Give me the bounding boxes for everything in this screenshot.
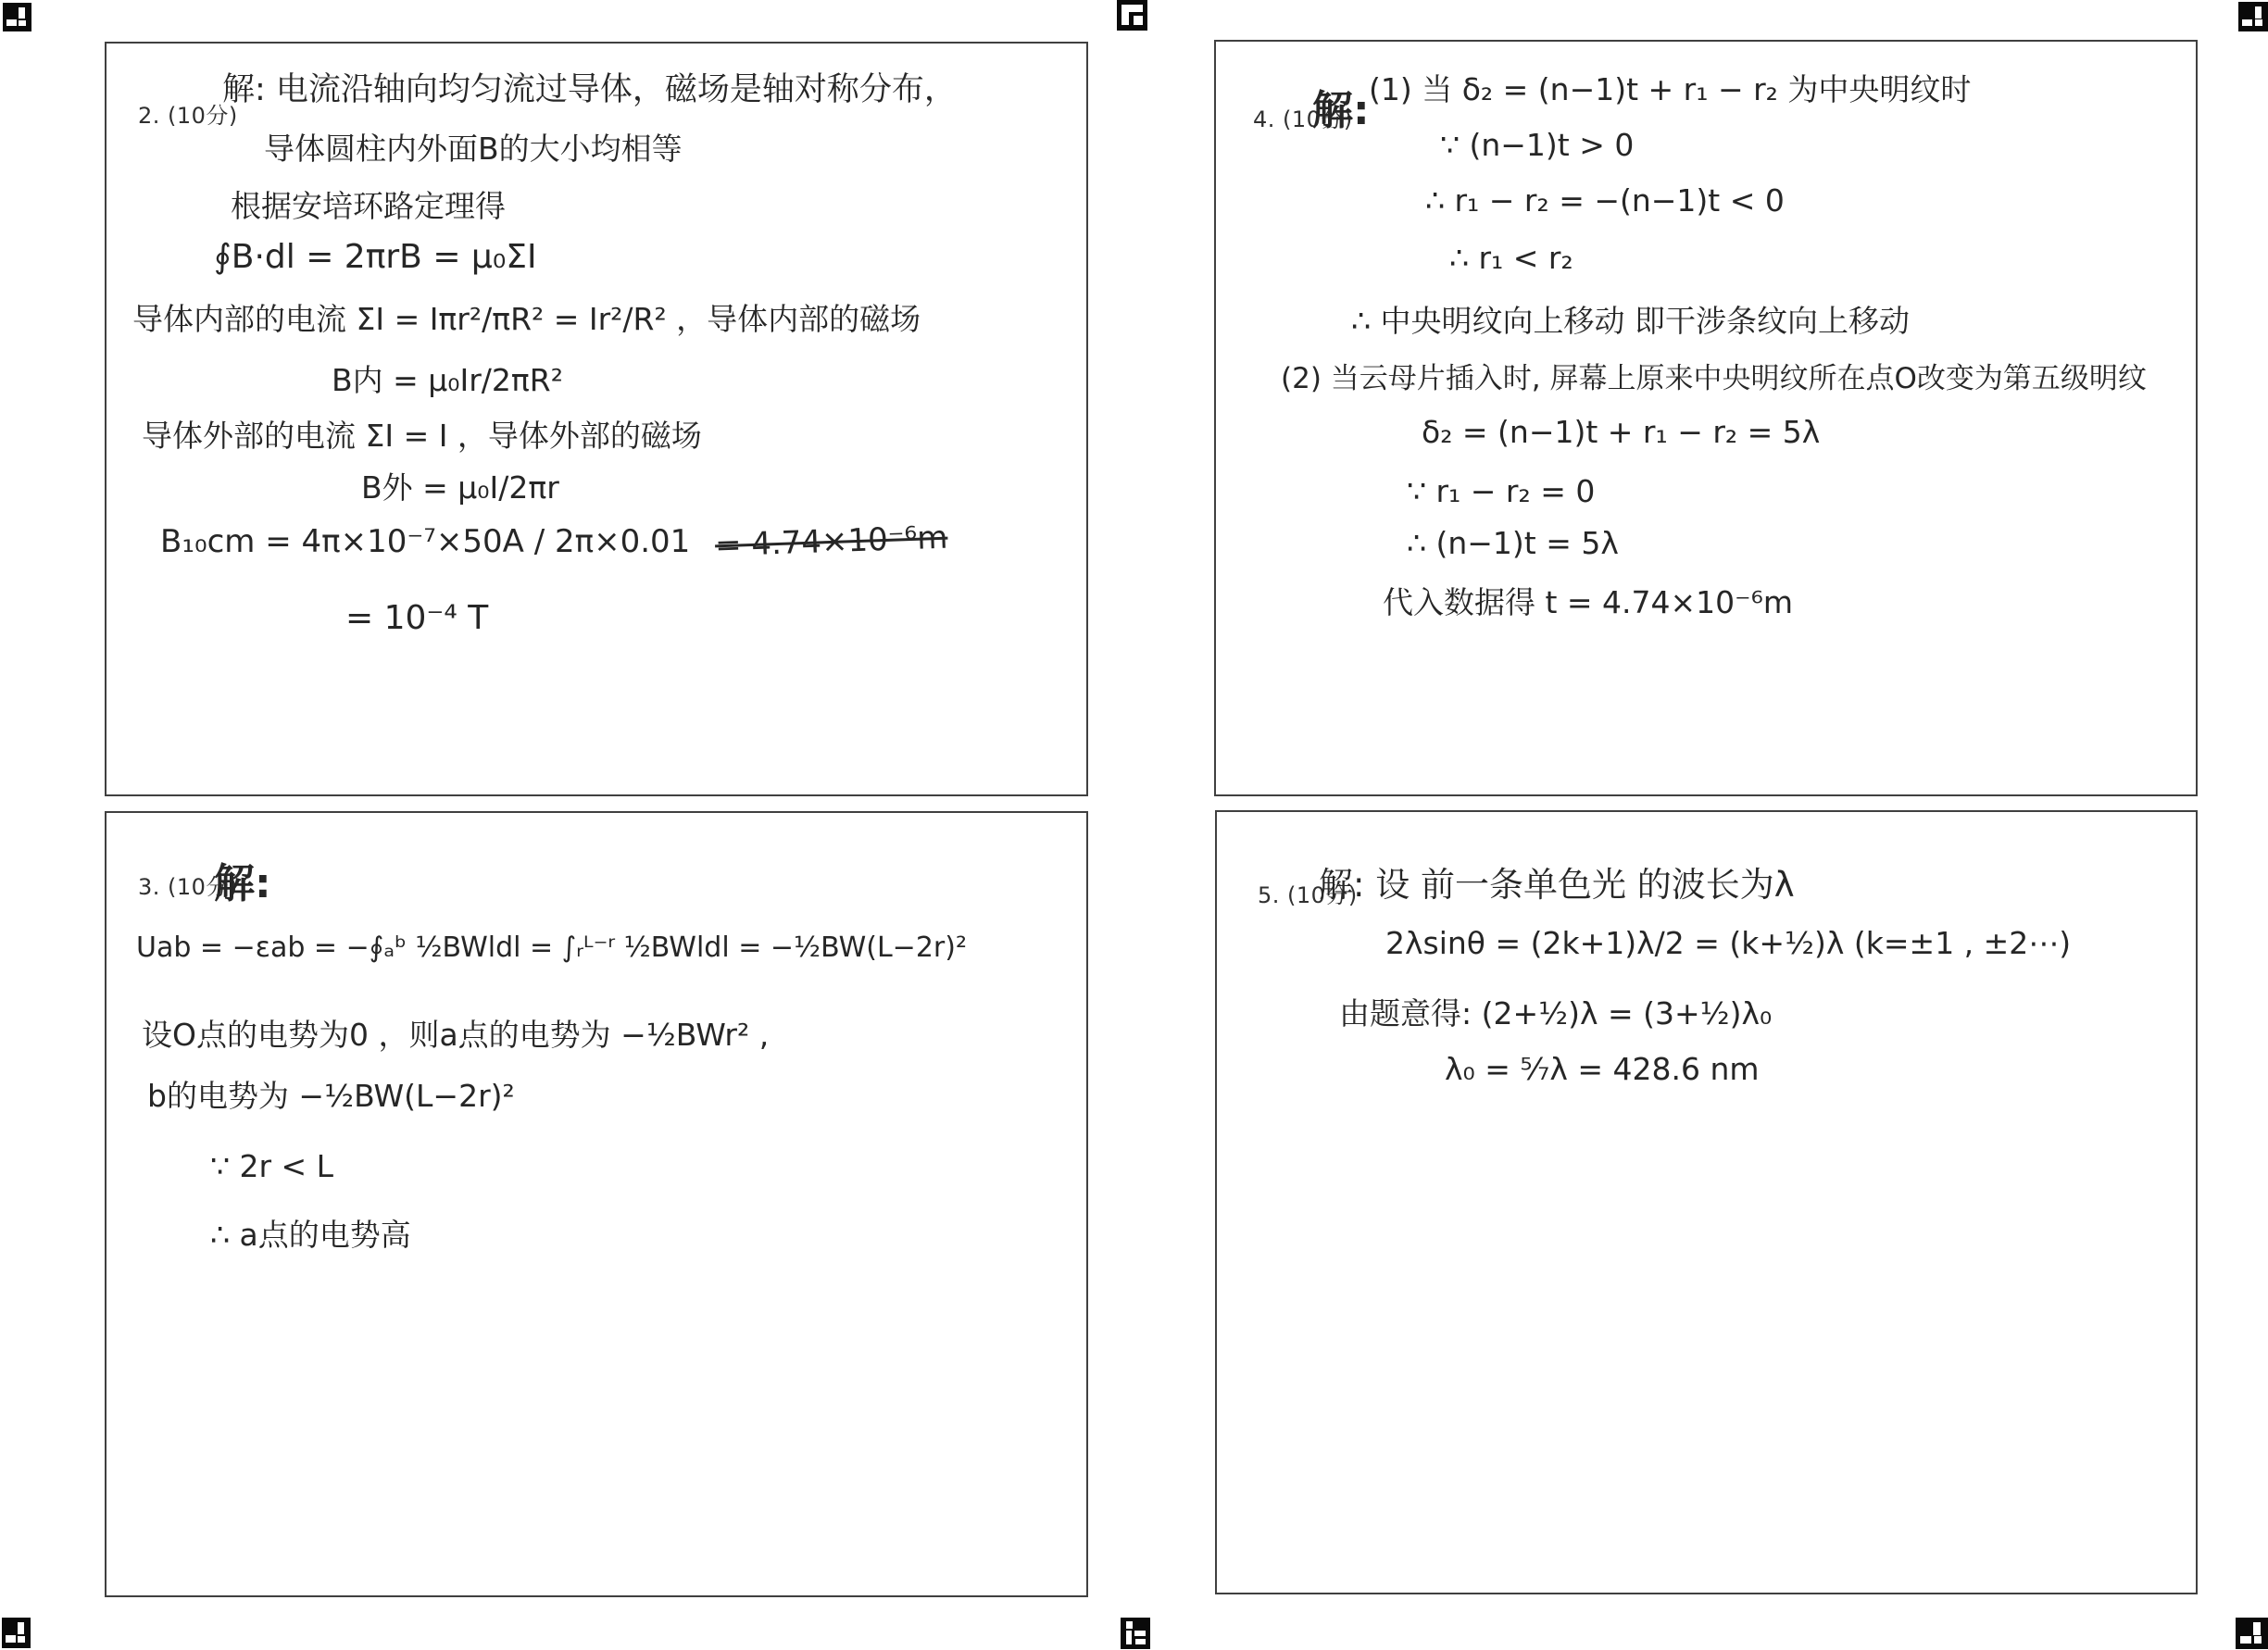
- fiducial-marker-bottom-middle: [1121, 1618, 1150, 1649]
- solution-line: B内 = μ₀Ir/2πR²: [332, 356, 563, 400]
- solution-line: ∴ (n−1)t = 5λ: [1407, 525, 1619, 561]
- marker-cell: [2240, 1636, 2251, 1644]
- solution-line: = 10⁻⁴ T: [345, 599, 488, 637]
- marker-cell: [2255, 19, 2262, 26]
- marker-cell: [1126, 1621, 1132, 1628]
- solution-line: B₁₀cm = 4π×10⁻⁷×50A / 2π×0.01 = 4.74×10⁻…: [160, 523, 948, 560]
- solution-line: b的电势为 −½BW(L−2r)²: [147, 1072, 515, 1116]
- solution-line: ∵ 2r < L: [210, 1148, 333, 1184]
- solution-line: ∵ (n−1)t > 0: [1440, 127, 1634, 163]
- solution-line: ∴ r₁ − r₂ = −(n−1)t < 0: [1425, 182, 1785, 219]
- fiducial-marker-bottom-left: [2, 1618, 31, 1648]
- marker-cell: [2254, 1636, 2262, 1643]
- marker-cell: [1134, 16, 1143, 25]
- marker-cell: [1134, 1631, 1146, 1636]
- solution-line: 由题意得: (2+½)λ = (3+½)λ₀: [1339, 990, 1772, 1033]
- solution-line: 根据安培环路定理得: [231, 182, 506, 226]
- solution-line: λ₀ = ⁵⁄₇λ = 428.6 nm: [1445, 1051, 1760, 1087]
- solution-line: (2) 当云母片插入时, 屏幕上原来中央明纹所在点O改变为第五级明纹: [1281, 355, 2147, 396]
- solution-line: ∴ r₁ < r₂: [1449, 240, 1573, 276]
- marker-cell: [18, 1622, 24, 1634]
- fiducial-marker-top-middle: [1117, 0, 1147, 31]
- crossed-out-value: = 4.74×10⁻⁶m: [715, 519, 949, 565]
- marker-cell: [1121, 5, 1128, 25]
- answer-box-problem-5: 5. (10分) 解: 设 前一条单色光 的波长为λ 2λsinθ = (2k+…: [1215, 810, 2198, 1594]
- solution-line: B外 = μ₀I/2πr: [361, 464, 559, 507]
- answer-box-problem-2: 2. (10分) 解: 电流沿轴向均匀流过导体，磁场是轴对称分布， 导体圆柱内外…: [105, 42, 1088, 796]
- solution-line: 设O点的电势为0 ，则a点的电势为 −½BWr² ,: [142, 1011, 769, 1055]
- fiducial-marker-bottom-right: [2236, 1618, 2268, 1649]
- solution-line: 导体内部的电流 ΣI = Iπr²/πR² = Ir²/R² ，导体内部的磁场: [132, 295, 921, 339]
- solution-line: ∴ 中央明纹向上移动 即干涉条纹向上移动: [1351, 297, 1910, 341]
- marker-cell: [2255, 6, 2262, 19]
- marker-cell: [19, 20, 25, 27]
- solution-line: δ₂ = (n−1)t + r₁ − r₂ = 5λ: [1422, 414, 1820, 450]
- solution-line: ∵ r₁ − r₂ = 0: [1407, 473, 1595, 509]
- solution-line: 代入数据得 t = 4.74×10⁻⁶m: [1383, 579, 1793, 622]
- marker-cell: [1129, 5, 1143, 11]
- marker-cell: [2242, 19, 2252, 27]
- solution-line: ∴ a点的电势高: [210, 1211, 411, 1255]
- answer-box-problem-4: 4. (10分) 解: (1) 当 δ₂ = (n−1)t + r₁ − r₂ …: [1214, 40, 2198, 796]
- marker-cell: [6, 19, 17, 26]
- solution-line: Uab = −εab = −∮ₐᵇ ½BWldl = ∫ᵣᴸ⁻ʳ ½BWldl …: [136, 931, 967, 964]
- solution-prefix: 解:: [1312, 77, 1370, 136]
- marker-cell: [2253, 1622, 2261, 1635]
- scanned-answer-sheet: 2. (10分) 解: 电流沿轴向均匀流过导体，磁场是轴对称分布， 导体圆柱内外…: [0, 0, 2268, 1650]
- marker-cell: [18, 1636, 24, 1643]
- solution-line: 2λsinθ = (2k+1)λ/2 = (k+½)λ (k=±1 , ±2⋯): [1385, 925, 2071, 961]
- fiducial-marker-top-right: [2238, 2, 2268, 31]
- solution-line: 导体圆柱内外面B的大小均相等: [264, 125, 683, 169]
- fiducial-marker-top-left: [3, 3, 31, 31]
- marker-cell: [19, 7, 25, 19]
- equation-text: B₁₀cm = 4π×10⁻⁷×50A / 2π×0.01: [160, 523, 690, 560]
- solution-line: (1) 当 δ₂ = (n−1)t + r₁ − r₂ 为中央明纹时: [1369, 66, 1971, 109]
- solution-line: 导体外部的电流 ΣI = I ，导体外部的磁场: [142, 412, 702, 456]
- answer-box-problem-3: 3. (10分) 解: Uab = −εab = −∮ₐᵇ ½BWldl = ∫…: [105, 811, 1088, 1597]
- solution-line: 解: 设 前一条单色光 的波长为λ: [1319, 856, 1795, 906]
- marker-cell: [1126, 1631, 1132, 1644]
- solution-line: 解: 电流沿轴向均匀流过导体，磁场是轴对称分布，: [222, 64, 957, 110]
- marker-cell: [1135, 1639, 1146, 1644]
- marker-cell: [6, 1635, 16, 1643]
- solution-prefix: 解:: [214, 850, 271, 909]
- solution-line: ∮B·dl = 2πrB = μ₀ΣI: [214, 238, 537, 276]
